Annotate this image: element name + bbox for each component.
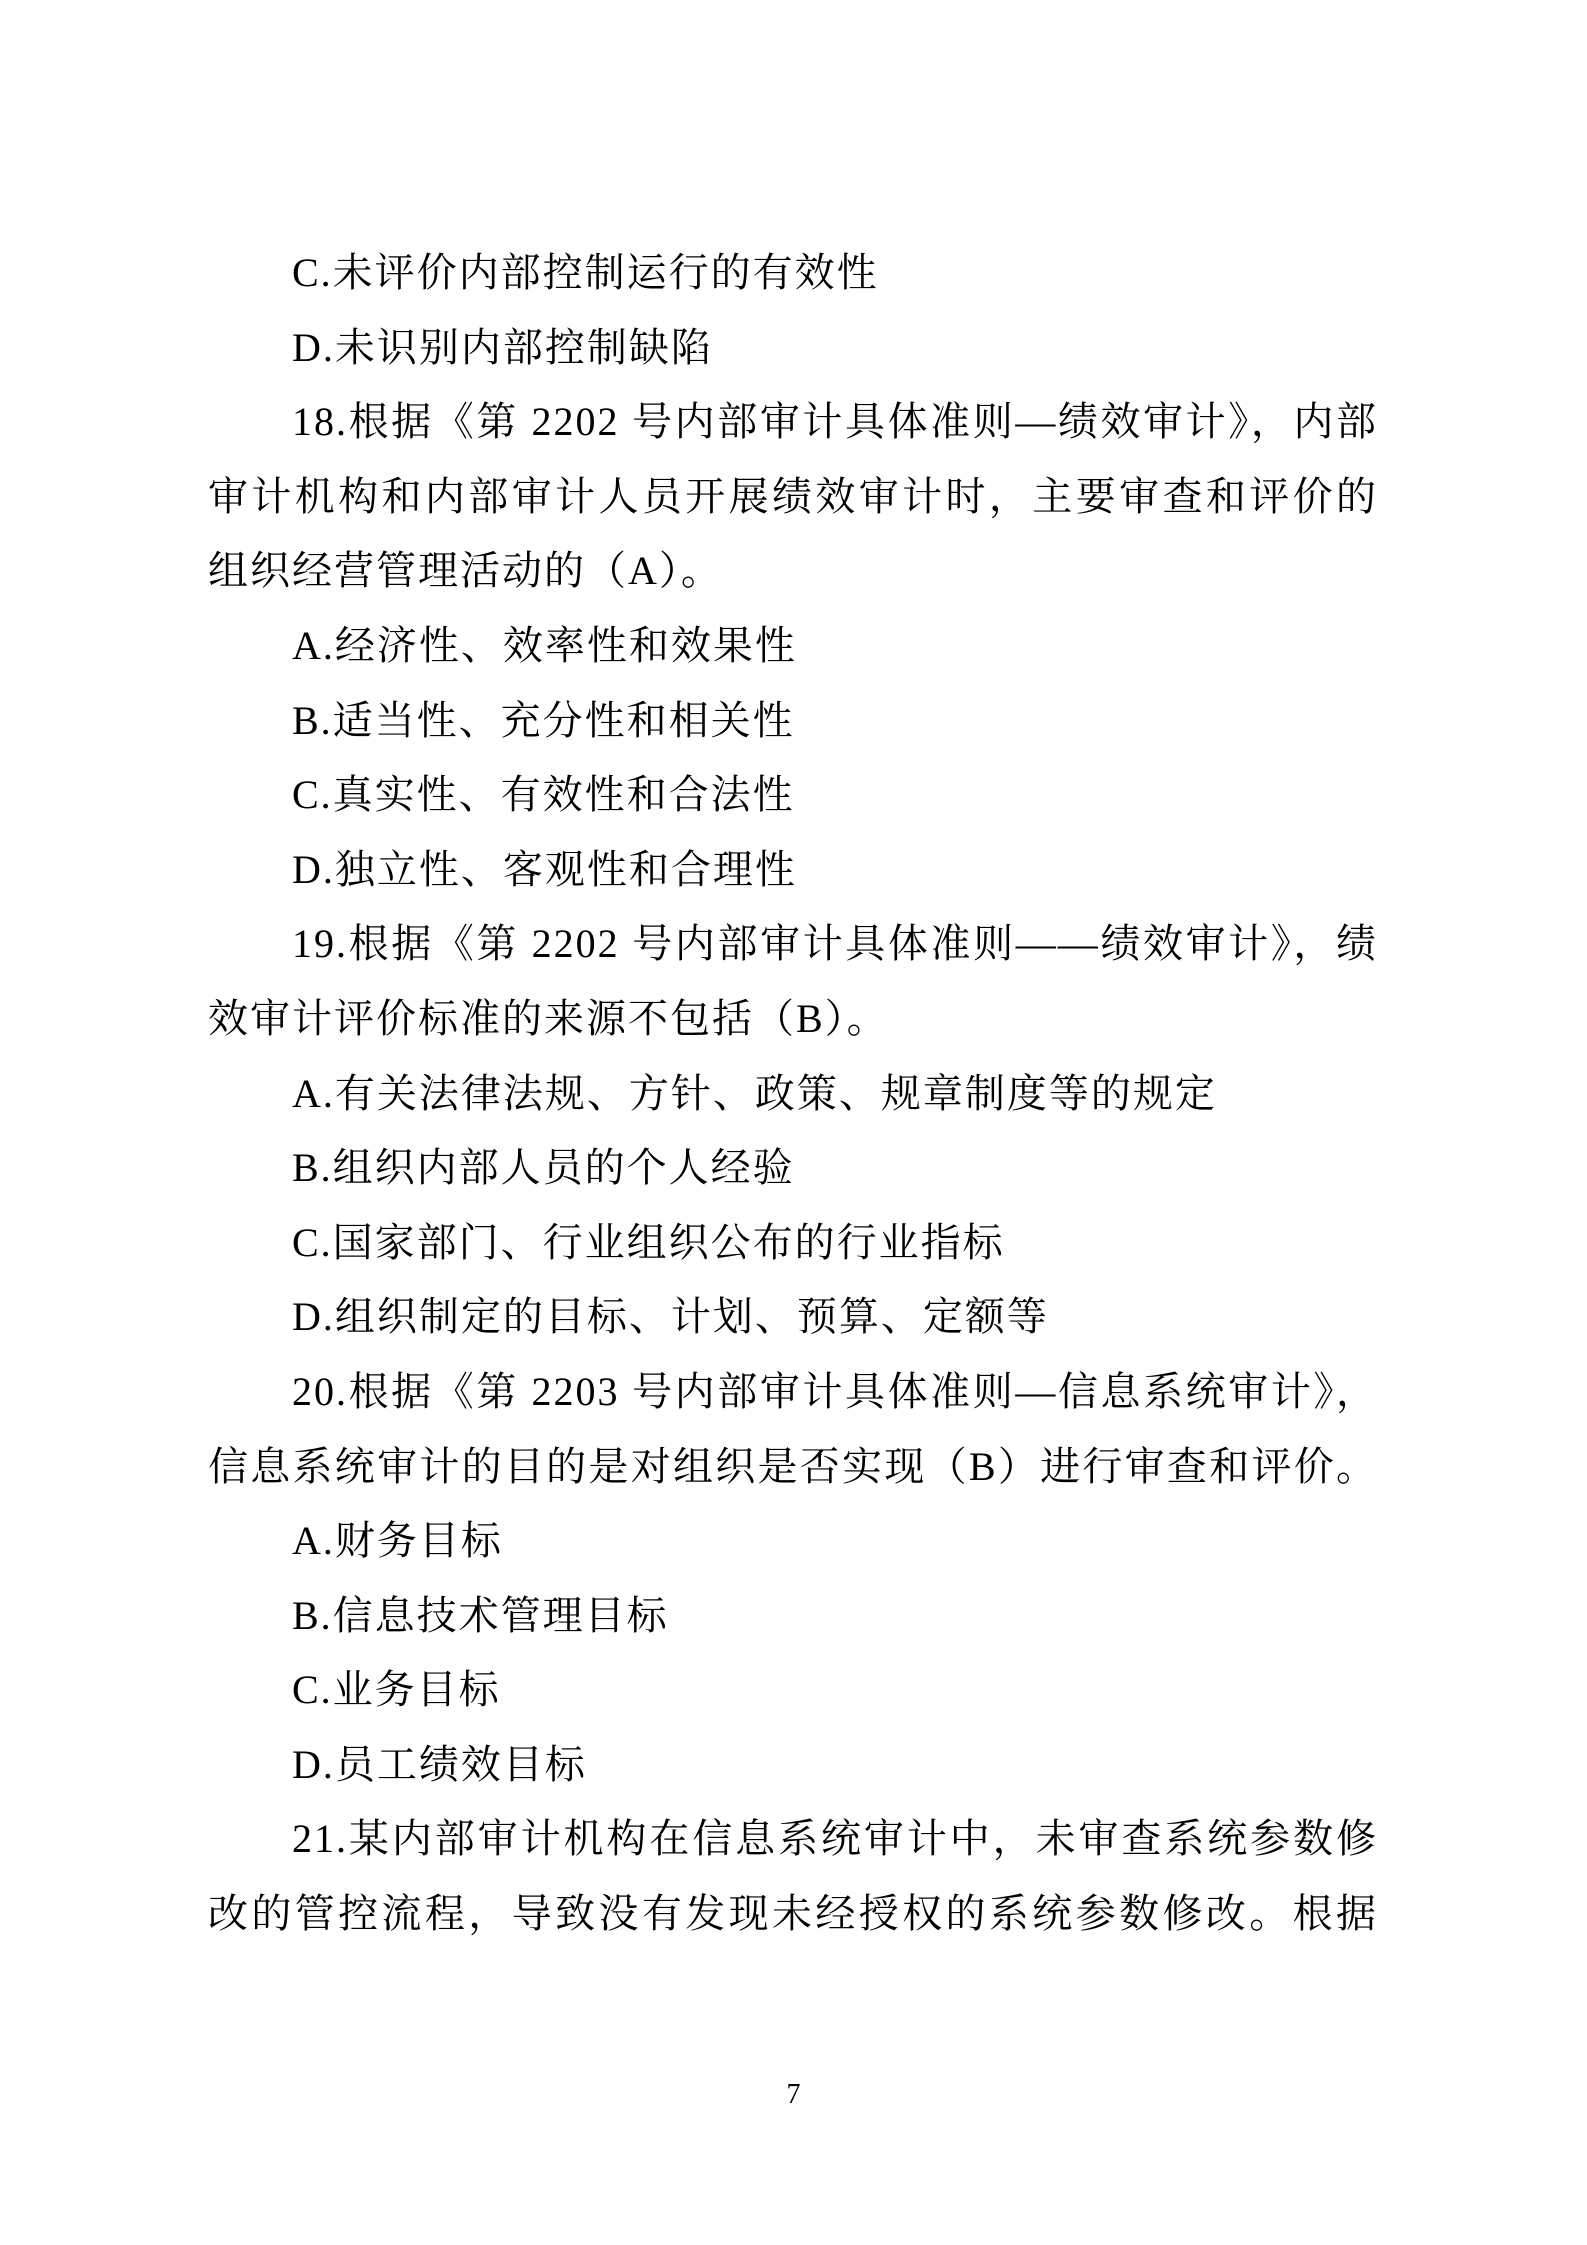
text-block: C.未评价内部控制运行的有效性D.未识别内部控制缺陷18.根据《第 2202 号… (208, 236, 1378, 1952)
document-line-21: D.员工绩效目标 (208, 1728, 1378, 1803)
document-line-19: B.信息技术管理目标 (208, 1579, 1378, 1654)
document-line-9: D.独立性、客观性和合理性 (208, 833, 1378, 908)
document-line-4: 审计机构和内部审计人员开展绩效审计时，主要审查和评价的是 (208, 460, 1378, 535)
document-line-8: C.真实性、有效性和合法性 (208, 758, 1378, 833)
document-line-12: A.有关法律法规、方针、政策、规章制度等的规定 (208, 1057, 1378, 1132)
document-line-1: C.未评价内部控制运行的有效性 (208, 236, 1378, 311)
document-line-18: A.财务目标 (208, 1504, 1378, 1579)
page-number: 7 (0, 2080, 1587, 2110)
document-line-7: B.适当性、充分性和相关性 (208, 684, 1378, 759)
document-line-14: C.国家部门、行业组织公布的行业指标 (208, 1206, 1378, 1281)
document-line-15: D.组织制定的目标、计划、预算、定额等 (208, 1280, 1378, 1355)
document-line-16: 20.根据《第 2203 号内部审计具体准则—信息系统审计》， (208, 1355, 1378, 1430)
document-line-20: C.业务目标 (208, 1653, 1378, 1728)
document-line-10: 19.根据《第 2202 号内部审计具体准则——绩效审计》，绩 (208, 907, 1378, 982)
document-line-3: 18.根据《第 2202 号内部审计具体准则—绩效审计》，内部 (208, 385, 1378, 460)
document-line-5: 组织经营管理活动的（A）。 (208, 534, 1378, 609)
document-line-22: 21.某内部审计机构在信息系统审计中，未审查系统参数修 (208, 1802, 1378, 1877)
exam-document-page: C.未评价内部控制运行的有效性D.未识别内部控制缺陷18.根据《第 2202 号… (0, 0, 1587, 2245)
document-line-17: 信息系统审计的目的是对组织是否实现（B）进行审查和评价。 (208, 1430, 1378, 1505)
document-line-13: B.组织内部人员的个人经验 (208, 1131, 1378, 1206)
document-line-2: D.未识别内部控制缺陷 (208, 311, 1378, 386)
document-line-23: 改的管控流程，导致没有发现未经授权的系统参数修改。根据《第 (208, 1877, 1378, 1952)
document-line-6: A.经济性、效率性和效果性 (208, 609, 1378, 684)
document-line-11: 效审计评价标准的来源不包括（B）。 (208, 982, 1378, 1057)
